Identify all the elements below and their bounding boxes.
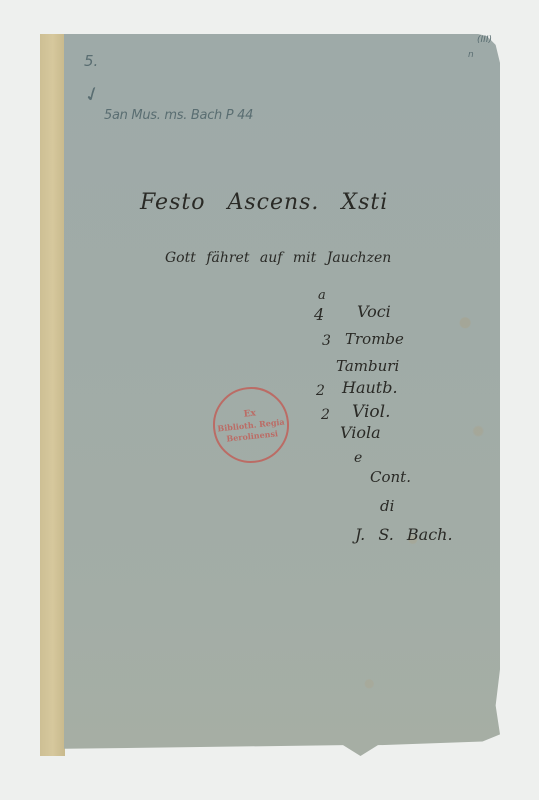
attribution-di: di xyxy=(380,497,394,515)
manuscript-page xyxy=(64,34,500,756)
title-line-2: Gott fähret auf mit Jauchzen xyxy=(165,250,391,266)
scoring-num: 2 xyxy=(321,407,330,423)
binding-strip xyxy=(40,34,65,756)
scoring-num: 2 xyxy=(316,383,325,399)
scoring-instrument: Cont. xyxy=(370,468,411,486)
scoring-instrument: Viol. xyxy=(352,402,391,422)
folio-number: 5. xyxy=(84,52,98,70)
scoring-instrument: Voci xyxy=(357,302,391,321)
scoring-num: 3 xyxy=(322,333,331,349)
scoring-instrument: Trombe xyxy=(345,330,404,348)
title-line-1: Festo Ascens. Xsti xyxy=(140,190,388,215)
scoring-conjunction: e xyxy=(354,450,362,466)
corner-number: (III) xyxy=(477,35,492,45)
composer-name: J. S. Bach. xyxy=(355,525,453,544)
shelfmark: 5an Mus. ms. Bach P 44 xyxy=(104,108,253,123)
scoring-a: a xyxy=(318,288,326,303)
scoring-num: 4 xyxy=(314,305,324,324)
corner-mark: n xyxy=(468,50,474,60)
scoring-instrument: Viola xyxy=(340,423,381,442)
scoring-instrument: Tamburi xyxy=(336,357,399,375)
scoring-instrument: Hautb. xyxy=(342,378,398,397)
